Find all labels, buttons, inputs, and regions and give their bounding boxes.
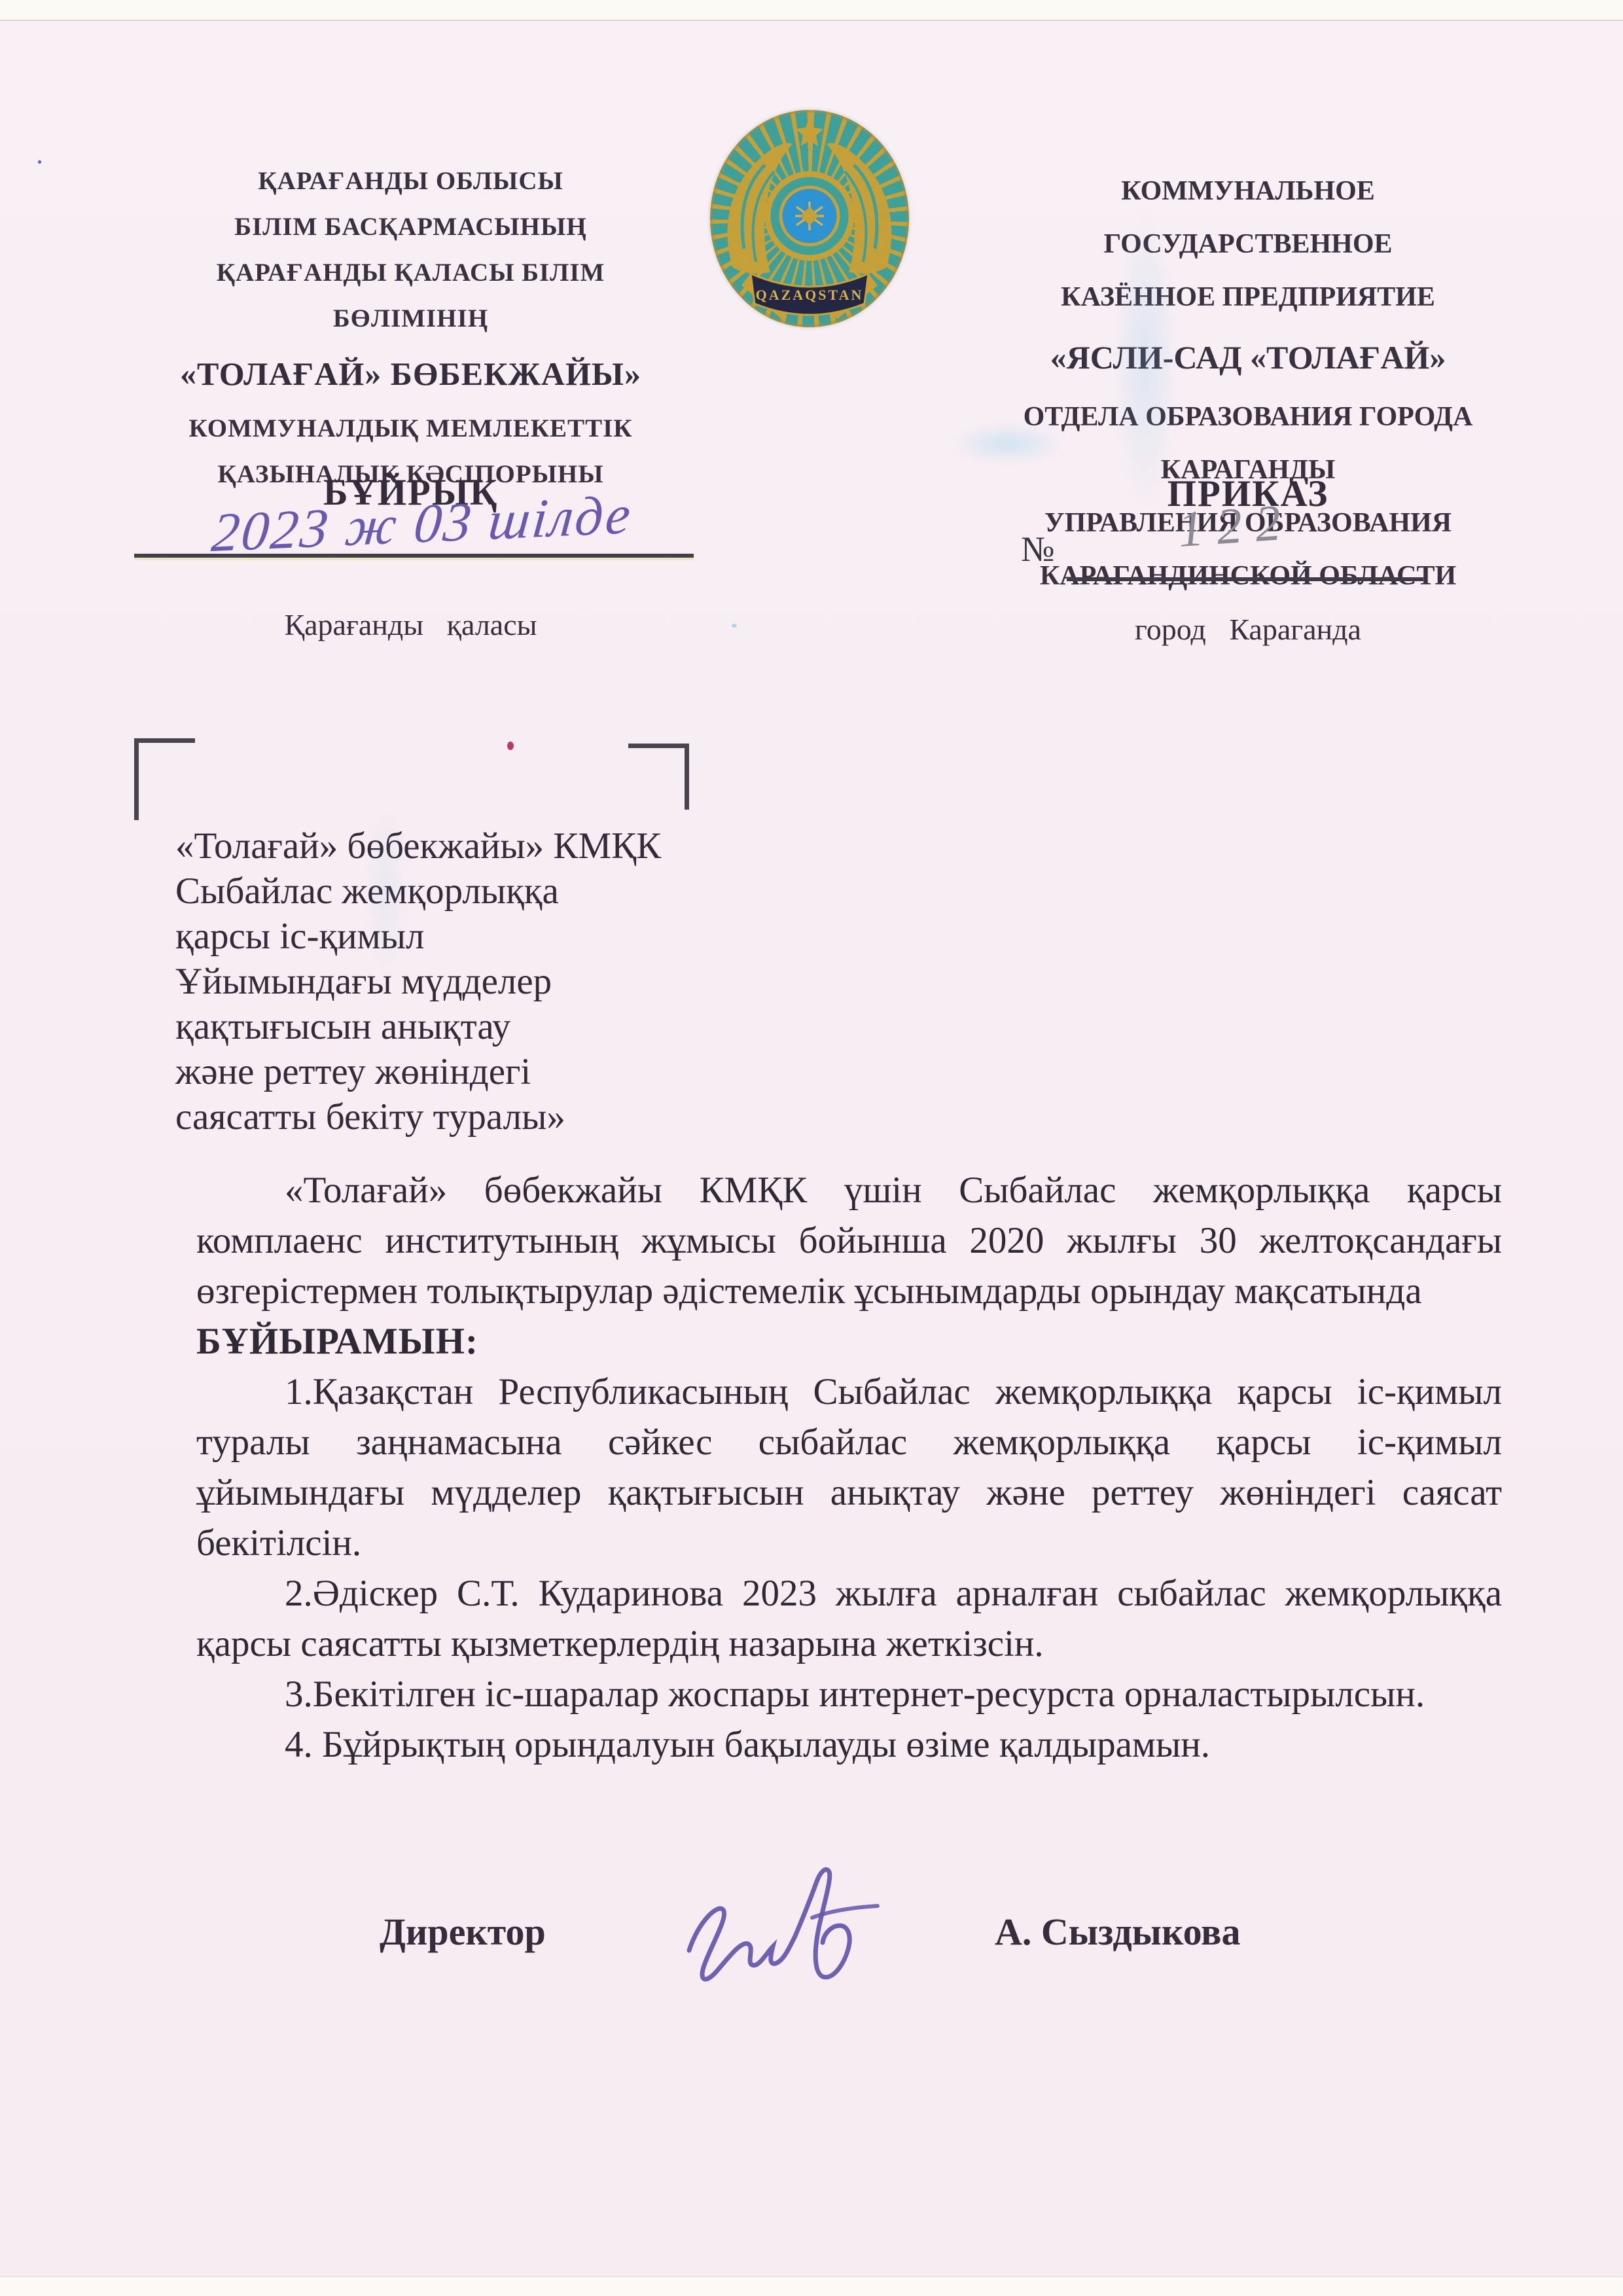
order-body: «Толағай» бөбекжайы КМҚК үшін Сыбайлас ж… [196,1165,1502,1770]
scanner-edge-top [0,0,1623,21]
scanner-smudge [1113,209,1178,511]
body-intro-line: өзгерістермен толықтырулар әдістемелік ұ… [196,1266,1502,1316]
ink-dot-artifact [507,742,514,750]
scanner-edge-bottom [0,2276,1623,2296]
letterhead-ru-line: КОММУНАЛЬНОЕ ГОСУДАРСТВЕННОЕ [976,165,1520,271]
scanner-smudge [952,424,1063,463]
subject-block: «Толағай» бөбекжайы» КМҚК Сыбайлас жемқо… [175,823,699,1139]
signature-role: Директор [380,1910,546,1954]
body-intro-line: «Толағай» бөбекжайы КМҚК үшін Сыбайлас ж… [196,1165,1502,1215]
ink-speck-artifact [38,160,41,164]
order-item-3: 3.Бекітілген іс-шаралар жоспары интернет… [196,1669,1502,1719]
number-sign: № [1021,529,1055,569]
subject-line: Ұйымындағы мүдделер [175,959,699,1004]
city-russian: город Караганда [976,612,1520,647]
resolve-word: БҰЙЫРАМЫН: [196,1316,1502,1367]
subject-corner-bracket-right [628,744,689,810]
order-item-1-line: бекітілсін. [196,1518,1502,1568]
letterhead-kk-line: КОММУНАЛДЫҚ МЕМЛЕКЕТТІК [167,406,654,452]
subject-line: Сыбайлас жемқорлыққа [175,869,699,914]
subject-line: «Толағай» бөбекжайы» КМҚК [175,823,699,869]
subject-corner-bracket-left [134,738,195,820]
ink-speck-artifact [732,624,737,628]
scanned-order-document: ҚАРАҒАНДЫ ОБЛЫСЫ БІЛІМ БАСҚАРМАСЫНЫҢ ҚАР… [0,0,1623,2296]
letterhead-kazakh: ҚАРАҒАНДЫ ОБЛЫСЫ БІЛІМ БАСҚАРМАСЫНЫҢ ҚАР… [167,158,654,497]
subject-line: және реттеу жөніндегі [175,1049,699,1094]
subject-line: қақтығысын анықтау [175,1004,699,1049]
order-item-1-line: туралы заңнамасына сәйкес сыбайлас жемқо… [196,1417,1502,1467]
signature-name: А. Сыздыкова [995,1910,1240,1954]
subject-line: саясатты бекіту туралы» [175,1094,699,1139]
order-item-2-line: қарсы саясатты қызметкерлердің назарына … [196,1619,1502,1669]
kazakhstan-emblem: QAZAQSTAN [710,110,909,327]
handwritten-order-number: 122 [1176,492,1296,559]
letterhead-kk-line: ҚАРАҒАНДЫ ҚАЛАСЫ БІЛІМ БӨЛІМІНІҢ [167,250,654,342]
letterhead-ru-line: КАЗЁННОЕ ПРЕДПРИЯТИЕ [976,271,1520,324]
order-item-1-line: 1.Қазақстан Республикасының Сыбайлас жем… [196,1367,1502,1417]
order-item-1-line: ұйымындағы мүдделер қақтығысын анықтау ж… [196,1467,1502,1518]
letterhead-kk-line: ҚАРАҒАНДЫ ОБЛЫСЫ [167,158,654,204]
number-underline [1067,577,1423,581]
order-item-2-line: 2.Әдіскер С.Т. Кударинова 2023 жылға арн… [196,1568,1502,1619]
scanner-smudge [366,805,406,975]
letterhead-kk-line: БІЛІМ БАСҚАРМАСЫНЫҢ [167,204,654,250]
letterhead-ru-org-name: «ЯСЛИ-САД «ТОЛАҒАЙ» [976,324,1520,391]
city-kazakh: Қарағанды қаласы [167,607,654,642]
subject-line: қарсы іс-қимыл [175,914,699,959]
body-intro-line: комплаенс институтының жұмысы бойынша 20… [196,1215,1502,1266]
director-signature-icon [658,1846,887,2009]
order-item-4: 4. Бұйрықтың орындалуын бақылауды өзіме … [196,1719,1502,1770]
letterhead-kk-org-name: «ТОЛАҒАЙ» БӨБЕКЖАЙЫ» [167,342,654,406]
emblem-banner-text: QAZAQSTAN [756,287,864,303]
emblem-art-icon: QAZAQSTAN [710,110,909,327]
date-underline [134,554,694,558]
letterhead-ru-line: КАРАГАНДИНСКОЙ ОБЛАСТИ [976,550,1520,603]
